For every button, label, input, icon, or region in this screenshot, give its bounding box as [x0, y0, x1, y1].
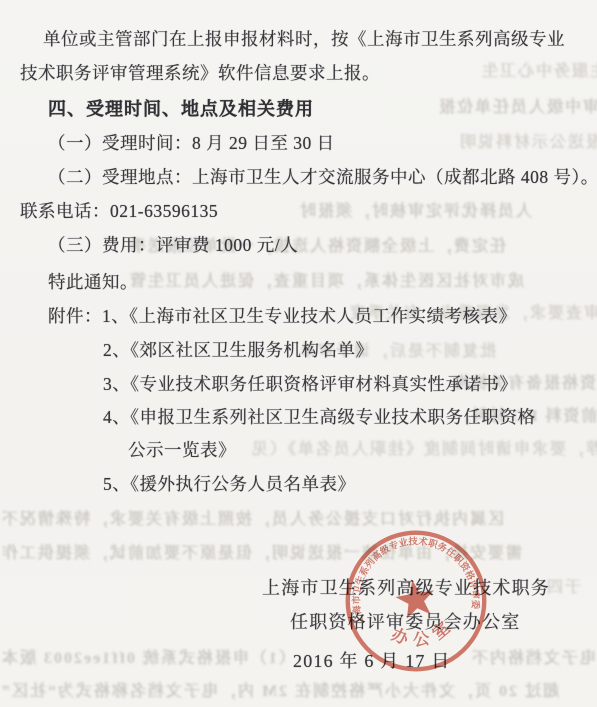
scanned-notice-page: 社区卫生服务中心卫生 员资审中级人员任单位报 报送公示材料说明 人员择优评定审核…	[0, 0, 597, 707]
bleedthrough-text: 人员择优评定审核时，须报时	[298, 198, 532, 221]
attachment-item: 附件：1、《上海市社区卫生专业技术人员工作实绩考核表》	[48, 303, 517, 328]
bleedthrough-text: 报送公示材料说明	[458, 129, 597, 152]
bleedthrough-text: 超过 20 页，文件大小严格控制在 2M 内，电子文档名称格式为“社区”	[0, 678, 559, 701]
seal-office-label: 办 公 室	[386, 614, 457, 655]
official-seal: 上海市卫生系列高级专业技术职务任职资格评审委员会 办 公 室	[338, 523, 494, 679]
bleedthrough-text: 社区卫生服务中心卫生	[480, 58, 597, 81]
notice-close-line: 特此通知。	[48, 269, 138, 294]
svg-text:上海市卫生系列高级专业技术职务任职资格评审委员会: 上海市卫生系列高级专业技术职务任职资格评审委员会	[338, 523, 484, 635]
attachment-item-cont: 公示一览表》	[128, 437, 236, 462]
seal-ring-text: 上海市卫生系列高级专业技术职务任职资格评审委员会	[338, 523, 484, 635]
attachment-item: 3、《专业技术职务任职资格评审材料真实性承诺书》	[103, 371, 518, 396]
fee-line: （三）费用：评审费 1000 元/人	[48, 232, 298, 257]
attachment-item: 5、《援外执行公务人员名单表》	[103, 471, 356, 496]
acceptance-time-line: （一）受理时间：8 月 29 日至 30 日	[48, 130, 335, 155]
bleedthrough-text: 于四	[545, 574, 581, 597]
acceptance-place-line: （二）受理地点：上海市卫生人才交流服务中心（成都北路 408 号）。	[48, 164, 597, 189]
bleedthrough-text: 本区入评审推荐，要求申请时间制度《挂职人员名单》（见	[250, 436, 597, 459]
bleedthrough-text: （1）申报格式系统 0ff1ee2003 版本	[0, 645, 295, 668]
section-heading: 四、受理时间、地点及相关费用	[48, 95, 314, 121]
attachment-item: 2、《郊区社区卫生服务机构名单》	[103, 337, 374, 362]
body-line: 单位或主管部门在上报申报材料时，按《上海市卫生系列高级专业	[43, 26, 565, 51]
body-line: 技术职务评审管理系统》软件信息要求上报。	[20, 60, 380, 85]
svg-text:办 公 室: 办 公 室	[386, 614, 457, 655]
bleedthrough-text: 成市对社区医生体系，项目重查，促进人员卫生管	[128, 268, 524, 291]
seal-star-icon	[393, 576, 438, 619]
contact-phone-line: 联系电话：021-63596135	[20, 198, 218, 223]
attachment-item: 4、《申报卫生系列社区卫生高级专业技术职务任职资格	[103, 404, 536, 429]
bleedthrough-text: 员资审中级人员任单位报	[437, 94, 597, 117]
